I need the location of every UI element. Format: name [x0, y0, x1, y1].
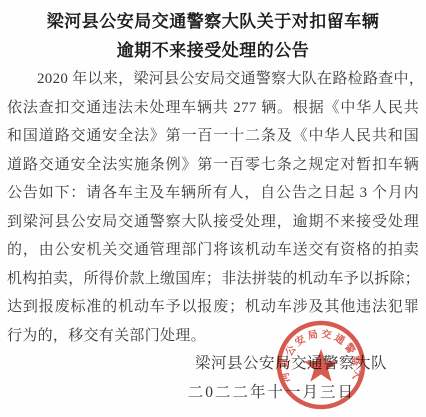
issue-date: 二0二二年十一月三日 — [7, 379, 419, 408]
body-line: 行为的，移交有关部门处理。 — [7, 322, 419, 351]
body-line: 道路交通安全法实施条例》第一百零七条之规定对暂扣车辆 — [7, 151, 419, 180]
body-line: 公告如下：请各车主及车辆所有人，自公告之日起 3 个月内 — [7, 179, 419, 208]
title-line-2: 逾期不来接受处理的公告 — [7, 37, 419, 66]
body-line: 和国道路交通安全法》第一百一十二条及《中华人民共和国 — [7, 122, 419, 151]
notice-body: 2020 年以来，梁河县公安局交通警察大队在路检路查中， 依法查扣交通违法未处理… — [7, 65, 419, 350]
title-line-1: 梁河县公安局交通警察大队关于对扣留车辆 — [7, 8, 419, 37]
body-line: 到梁河县公安局交通警察大队接受处理，逾期不来接受处理 — [7, 208, 419, 237]
body-line: 依法查扣交通违法未处理车辆共 277 辆。根据《中华人民共 — [7, 94, 419, 123]
issuer-signature: 梁河县公安局交通警察大队 — [7, 350, 419, 379]
notice-document: 梁河县公安局交通警察大队关于对扣留车辆 逾期不来接受处理的公告 2020 年以来… — [0, 0, 426, 417]
body-line: 机构拍卖，所得价款上缴国库；非法拼装的机动车予以拆除； — [7, 265, 419, 294]
body-line: 达到报废标准的机动车予以报废；机动车涉及其他违法犯罪 — [7, 293, 419, 322]
body-line: 2020 年以来，梁河县公安局交通警察大队在路检路查中， — [7, 65, 419, 94]
notice-title: 梁河县公安局交通警察大队关于对扣留车辆 逾期不来接受处理的公告 — [7, 8, 419, 65]
body-line: 的，由公安机关交通管理部门将该机动车送交有资格的拍卖 — [7, 236, 419, 265]
